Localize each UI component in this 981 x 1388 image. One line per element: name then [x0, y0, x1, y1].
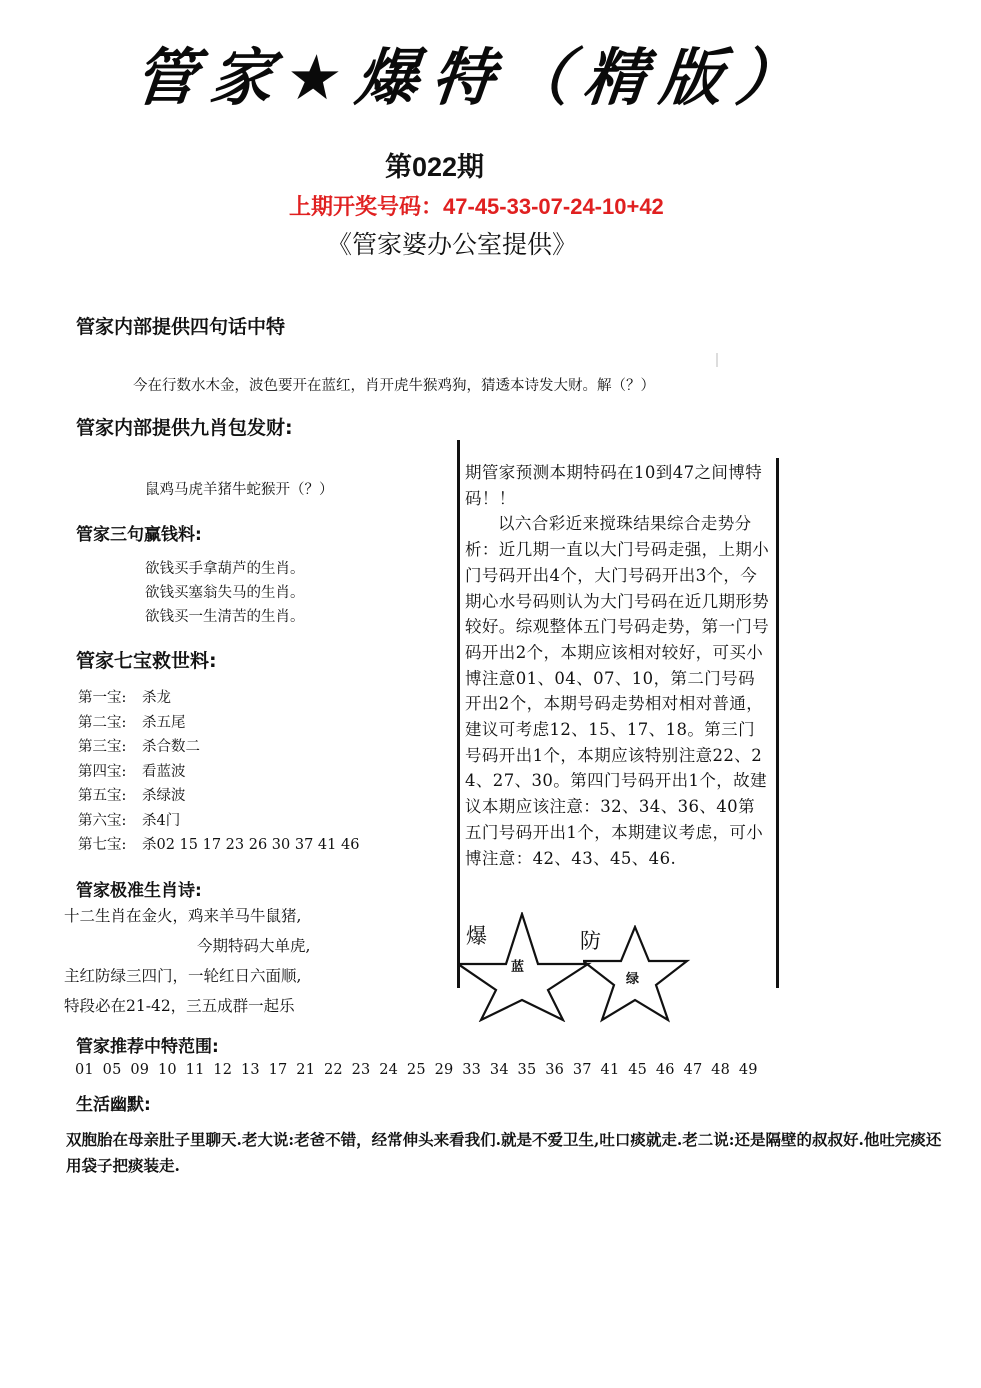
- analysis-text: 期管家预测本期特码在10到47之间博特码！！ 以六合彩近来搅珠结果综合走势分析：…: [465, 460, 770, 871]
- last-draw-label: 上期开奖号码：: [289, 194, 443, 219]
- last-draw: 上期开奖号码：47-45-33-07-24-10+42: [289, 190, 664, 221]
- seven-treasures-title: 管家七宝救世料:: [76, 646, 217, 673]
- treasure-row: 第六宝:杀4门: [78, 809, 359, 834]
- star1-text: 蓝: [511, 956, 524, 975]
- poem-line: 特段必在21-42，三五成群一起乐: [64, 991, 295, 1021]
- issue-number: 第022期: [385, 145, 484, 184]
- humor-title: 生活幽默:: [76, 1090, 151, 1115]
- humor-text: 双胞胎在母亲肚子里聊天.老大说:老爸不错，经常伸头来看我们.就是不爱卫生,吐口痰…: [66, 1127, 946, 1179]
- nine-zodiac-text: 鼠鸡马虎羊猪牛蛇猴开（？）: [145, 478, 334, 499]
- three-lines-list: 欲钱买手拿葫芦的生肖。 欲钱买塞翁失马的生肖。 欲钱买一生清苦的生肖。: [145, 557, 305, 629]
- three-lines-item: 欲钱买手拿葫芦的生肖。: [145, 557, 305, 581]
- treasure-row: 第五宝:杀绿波: [78, 784, 359, 809]
- analysis-box-right-border: [776, 458, 779, 988]
- banner-left: 管家: [131, 41, 291, 114]
- recommend-numbers: 01 05 09 10 11 12 13 17 21 22 23 24 25 2…: [75, 1062, 758, 1078]
- poem-line: 主红防绿三四门，一轮红日六面顺,: [64, 961, 301, 991]
- analysis-para-2: 以六合彩近来搅珠结果综合走势分析：近几期一直以大门号码走强，上期小门号码开出4个…: [465, 511, 770, 871]
- star-outline-icon: [460, 912, 595, 1022]
- recommend-title: 管家推荐中特范围:: [76, 1032, 219, 1057]
- nine-zodiac-title: 管家内部提供九肖包发财:: [76, 413, 293, 440]
- poem-line: 十二生肖在金火，鸡来羊马牛鼠猪,: [64, 901, 301, 931]
- three-lines-item: 欲钱买塞翁失马的生肖。: [145, 581, 305, 605]
- four-lines-text: 今在行数水木金，波色要开在蓝红，肖开虎牛猴鸡狗，猜透本诗发大财。解（？）: [133, 374, 655, 395]
- treasure-row: 第七宝:杀02 15 17 23 26 30 37 41 46: [78, 833, 359, 858]
- last-draw-numbers: 47-45-33-07-24-10+42: [443, 194, 664, 219]
- star-icon: ★: [283, 41, 360, 114]
- banner-right: 爆特（精版）: [352, 41, 816, 114]
- star2-text: 绿: [626, 968, 639, 987]
- four-lines-title: 管家内部提供四句话中特: [76, 312, 285, 339]
- poem-line: 今期特码大单虎,: [197, 931, 310, 961]
- three-lines-title: 管家三句赢钱料:: [76, 520, 202, 545]
- treasure-row: 第二宝:杀五尾: [78, 711, 359, 736]
- zodiac-poem-title: 管家极准生肖诗:: [76, 876, 202, 901]
- treasure-row: 第四宝:看蓝波: [78, 760, 359, 785]
- treasure-row: 第一宝:杀龙: [78, 686, 359, 711]
- banner-title: 管家★爆特（精版）: [130, 28, 817, 117]
- treasure-row: 第三宝:杀合数二: [78, 735, 359, 760]
- divider-mark: [716, 353, 718, 367]
- provider-line: 《管家婆办公室提供》: [327, 225, 577, 261]
- analysis-para-1: 期管家预测本期特码在10到47之间博特码！！: [465, 460, 770, 511]
- seven-treasures-list: 第一宝:杀龙 第二宝:杀五尾 第三宝:杀合数二 第四宝:看蓝波 第五宝:杀绿波 …: [78, 686, 359, 858]
- three-lines-item: 欲钱买一生清苦的生肖。: [145, 605, 305, 629]
